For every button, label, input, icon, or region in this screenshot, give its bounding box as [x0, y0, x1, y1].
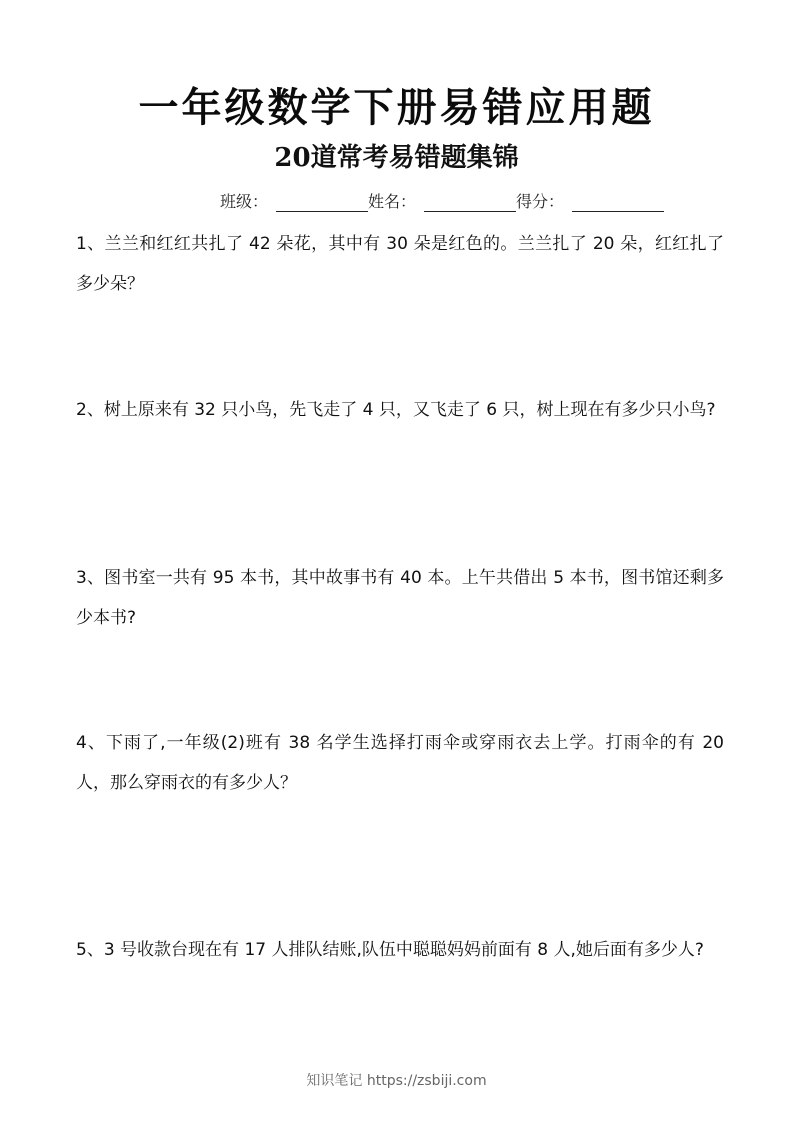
question-2: 2、树上原来有 32 只小鸟，先飞走了 4 只，又飞走了 6 只，树上现在有多少…: [76, 390, 724, 430]
score-field: 得分：: [516, 189, 664, 212]
question-4: 4、下雨了,一年级(2)班有 38 名学生选择打雨伞或穿雨衣去上学。打雨伞的有 …: [76, 723, 724, 803]
page-title: 一年级数学下册易错应用题: [0, 84, 793, 132]
student-info-row: 班级： 姓名： 得分：: [220, 188, 664, 212]
name-label: 姓名：: [368, 189, 416, 212]
page-subtitle: 20道常考易错题集锦: [0, 140, 793, 176]
score-blank[interactable]: [572, 193, 664, 212]
question-1: 1、兰兰和红红共扎了 42 朵花，其中有 30 朵是红色的。兰兰扎了 20 朵，…: [76, 224, 724, 304]
class-label: 班级：: [220, 189, 268, 212]
score-label: 得分：: [516, 189, 564, 212]
name-blank[interactable]: [424, 193, 516, 212]
class-blank[interactable]: [276, 193, 368, 212]
name-field: 姓名：: [368, 189, 516, 212]
class-field: 班级：: [220, 189, 368, 212]
question-3: 3、图书室一共有 95 本书，其中故事书有 40 本。上午共借出 5 本书，图书…: [76, 558, 724, 638]
footer-watermark: 知识笔记 https://zsbiji.com: [0, 1070, 793, 1090]
question-5: 5、3 号收款台现在有 17 人排队结账,队伍中聪聪妈妈前面有 8 人,她后面有…: [76, 930, 724, 970]
